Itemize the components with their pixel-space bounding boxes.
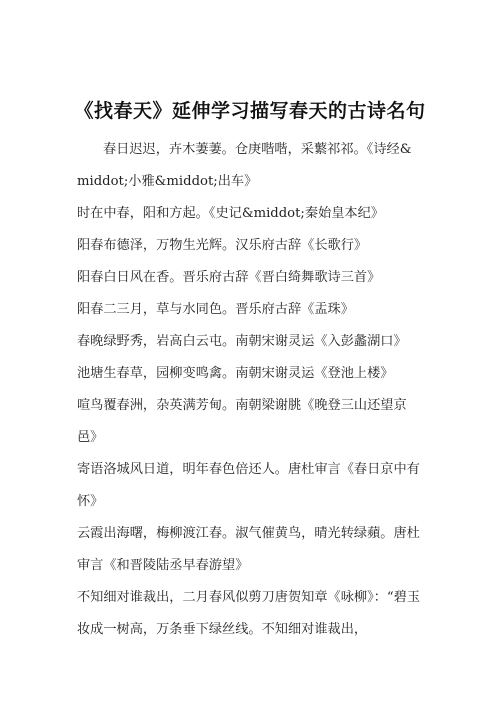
document-body: 春日迟迟，卉木萋萋。仓庚喈喈，采蘩祁祁。《诗经&middot;小雅&middot… [77, 134, 422, 646]
poem-line-8: 喧鸟覆春洲，杂英满芳甸。南朝梁谢朓《晚登三山还望京邑》 [77, 390, 422, 454]
poem-line-1: 春日迟迟，卉木萋萋。仓庚喈喈，采蘩祁祁。《诗经&middot;小雅&middot… [77, 134, 422, 198]
poem-line-11: 不知细对谁裁出，二月春风似剪刀唐贺知章《咏柳》：“碧玉妆成一树高，万条垂下绿丝线… [77, 582, 422, 646]
poem-line-5: 阳春二三月，草与水同色。晋乐府古辞《盂珠》 [77, 294, 422, 326]
poem-line-3: 阳春布德泽，万物生光辉。汉乐府古辞《长歌行》 [77, 230, 422, 262]
poem-line-10: 云霞出海曙，梅柳渡江春。淑气催黄鸟，晴光转绿蘋。唐杜审言《和晋陵陆丞早春游望》 [77, 518, 422, 582]
poem-line-9: 寄语洛城风日道，明年春色倍还人。唐杜审言《春日京中有怀》 [77, 454, 422, 518]
document-page: 《找春天》延伸学习描写春天的古诗名句 春日迟迟，卉木萋萋。仓庚喈喈，采蘩祁祁。《… [0, 0, 500, 707]
poem-line-7: 池塘生春草，园柳变鸣禽。南朝宋谢灵运《登池上楼》 [77, 358, 422, 390]
poem-line-6: 春晚绿野秀，岩高白云屯。南朝宋谢灵运《入彭蠡湖口》 [77, 326, 422, 358]
poem-line-4: 阳春白日风在香。晋乐府古辞《晋白绮舞歌诗三首》 [77, 262, 422, 294]
document-title: 《找春天》延伸学习描写春天的古诗名句 [0, 96, 500, 123]
poem-line-2: 时在中春，阳和方起。《史记&middot;秦始皇本纪》 [77, 198, 422, 230]
